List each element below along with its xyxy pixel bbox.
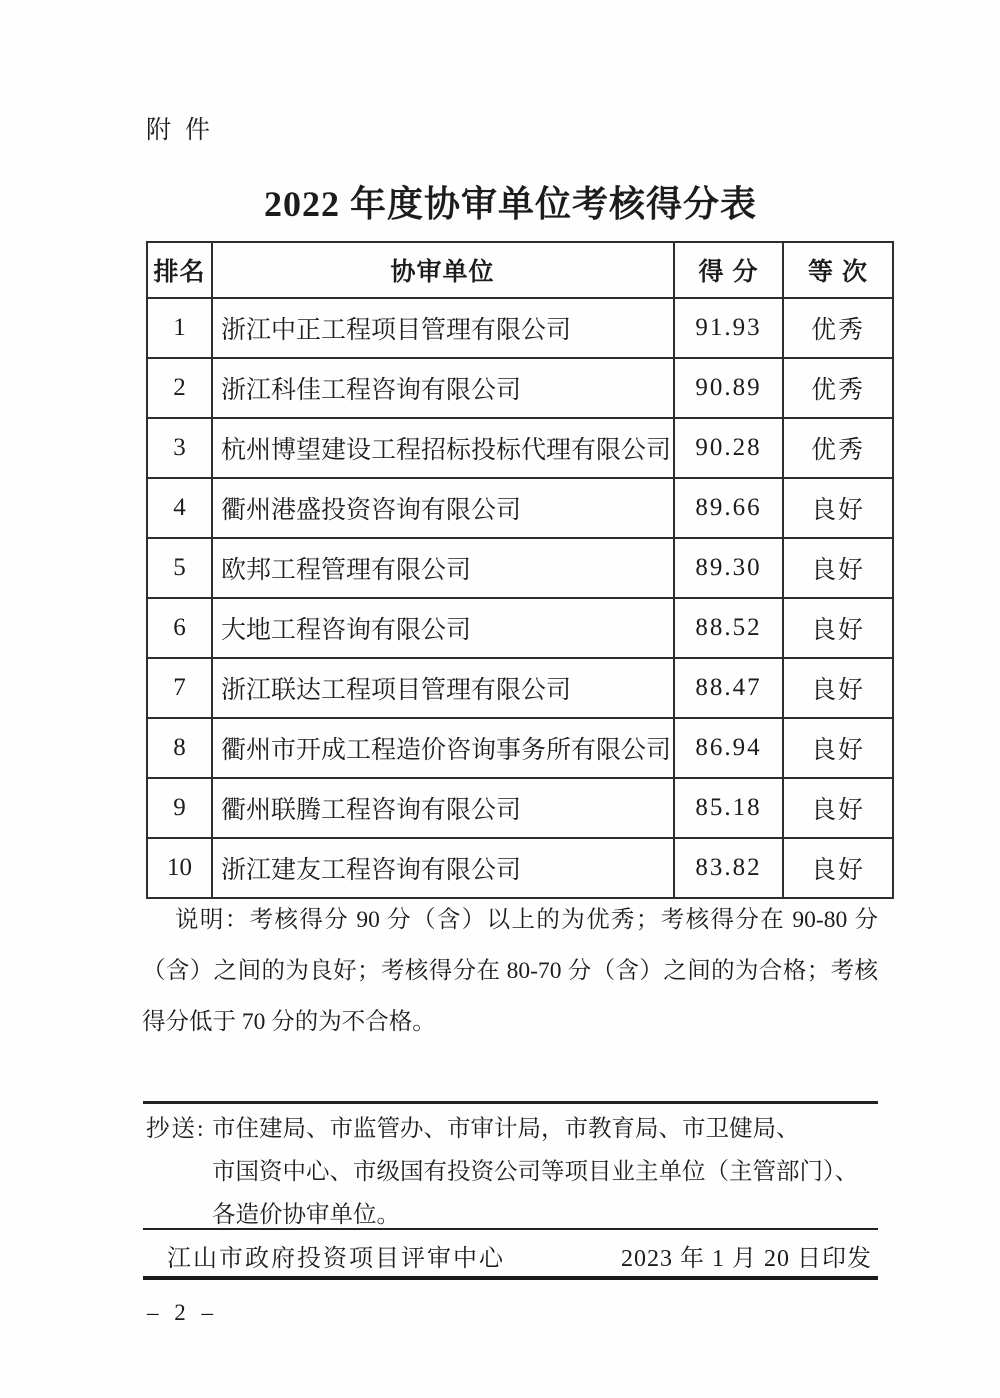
grade-cell: 优秀 [783,358,893,418]
rank-cell: 1 [147,298,212,358]
score-cell: 86.94 [674,718,783,778]
table-row: 8衢州市开成工程造价咨询事务所有限公司86.94良好 [147,718,893,778]
grade-cell: 良好 [783,658,893,718]
unit-cell: 浙江联达工程项目管理有限公司 [212,658,674,718]
rank-cell: 3 [147,418,212,478]
grade-cell: 良好 [783,838,893,898]
rank-cell: 8 [147,718,212,778]
unit-cell: 衢州市开成工程造价咨询事务所有限公司 [212,718,674,778]
unit-cell: 杭州博望建设工程招标投标代理有限公司 [212,418,674,478]
grade-cell: 良好 [783,718,893,778]
grade-cell: 良好 [783,538,893,598]
unit-cell: 浙江科佳工程咨询有限公司 [212,358,674,418]
grading-note: 说明：考核得分 90 分（含）以上的为优秀；考核得分在 90-80 分（含）之间… [142,895,878,1048]
table-row: 7浙江联达工程项目管理有限公司88.47良好 [147,658,893,718]
cc-line: 各造价协审单位。 [212,1194,878,1237]
unit-cell: 浙江中正工程项目管理有限公司 [212,298,674,358]
unit-cell: 大地工程咨询有限公司 [212,598,674,658]
table-row: 9衢州联腾工程咨询有限公司85.18良好 [147,778,893,838]
rank-cell: 2 [147,358,212,418]
document-page: 附件 2022 年度协审单位考核得分表 排名 协审单位 得 分 等 次 1浙江中… [0,0,1000,1398]
footer-bottom-rule [143,1276,878,1280]
unit-cell: 衢州联腾工程咨询有限公司 [212,778,674,838]
score-table: 排名 协审单位 得 分 等 次 1浙江中正工程项目管理有限公司91.93优秀2浙… [146,241,894,899]
document-title: 2022 年度协审单位考核得分表 [143,176,878,227]
table-row: 2浙江科佳工程咨询有限公司90.89优秀 [147,358,893,418]
footer-top-rule [143,1228,878,1230]
grade-cell: 良好 [783,478,893,538]
unit-cell: 衢州港盛投资咨询有限公司 [212,478,674,538]
cc-top-rule [143,1101,878,1104]
score-cell: 91.93 [674,298,783,358]
cc-block: 抄送: 市住建局、市监管办、市审计局，市教育局、市卫健局、 市国资中心、市级国有… [146,1108,878,1237]
cc-list: 市住建局、市监管办、市审计局，市教育局、市卫健局、 市国资中心、市级国有投资公司… [212,1108,878,1237]
score-cell: 85.18 [674,778,783,838]
cc-line: 市国资中心、市级国有投资公司等项目业主单位（主管部门）、 [212,1151,878,1194]
unit-cell: 浙江建友工程咨询有限公司 [212,838,674,898]
score-cell: 89.30 [674,538,783,598]
header-score: 得 分 [674,242,783,298]
table-body: 1浙江中正工程项目管理有限公司91.93优秀2浙江科佳工程咨询有限公司90.89… [147,298,893,898]
table-row: 5欧邦工程管理有限公司89.30良好 [147,538,893,598]
header-unit: 协审单位 [212,242,674,298]
attachment-label: 附件 [146,110,224,146]
issuing-office: 江山市政府投资项目评审中心 [167,1238,505,1273]
grade-cell: 良好 [783,778,893,838]
table-row: 10浙江建友工程咨询有限公司83.82良好 [147,838,893,898]
cc-line: 市住建局、市监管办、市审计局，市教育局、市卫健局、 [212,1108,878,1151]
grade-cell: 优秀 [783,418,893,478]
rank-cell: 10 [147,838,212,898]
table-row: 1浙江中正工程项目管理有限公司91.93优秀 [147,298,893,358]
rank-cell: 9 [147,778,212,838]
table-row: 6大地工程咨询有限公司88.52良好 [147,598,893,658]
score-cell: 88.52 [674,598,783,658]
rank-cell: 4 [147,478,212,538]
issue-date: 2023 年 1 月 20 日印发 [621,1238,872,1273]
page-number: – 2 – [147,1300,218,1326]
rank-cell: 7 [147,658,212,718]
table-row: 3杭州博望建设工程招标投标代理有限公司90.28优秀 [147,418,893,478]
score-cell: 88.47 [674,658,783,718]
grade-cell: 优秀 [783,298,893,358]
score-table-container: 排名 协审单位 得 分 等 次 1浙江中正工程项目管理有限公司91.93优秀2浙… [146,241,894,899]
unit-cell: 欧邦工程管理有限公司 [212,538,674,598]
grade-cell: 良好 [783,598,893,658]
table-header-row: 排名 协审单位 得 分 等 次 [147,242,893,298]
score-cell: 90.89 [674,358,783,418]
rank-cell: 6 [147,598,212,658]
rank-cell: 5 [147,538,212,598]
score-cell: 89.66 [674,478,783,538]
footer-band: 江山市政府投资项目评审中心 2023 年 1 月 20 日印发 [143,1234,878,1276]
score-cell: 90.28 [674,418,783,478]
header-rank: 排名 [147,242,212,298]
header-grade: 等 次 [783,242,893,298]
score-cell: 83.82 [674,838,783,898]
table-row: 4衢州港盛投资咨询有限公司89.66良好 [147,478,893,538]
cc-label: 抄送: [146,1108,206,1151]
